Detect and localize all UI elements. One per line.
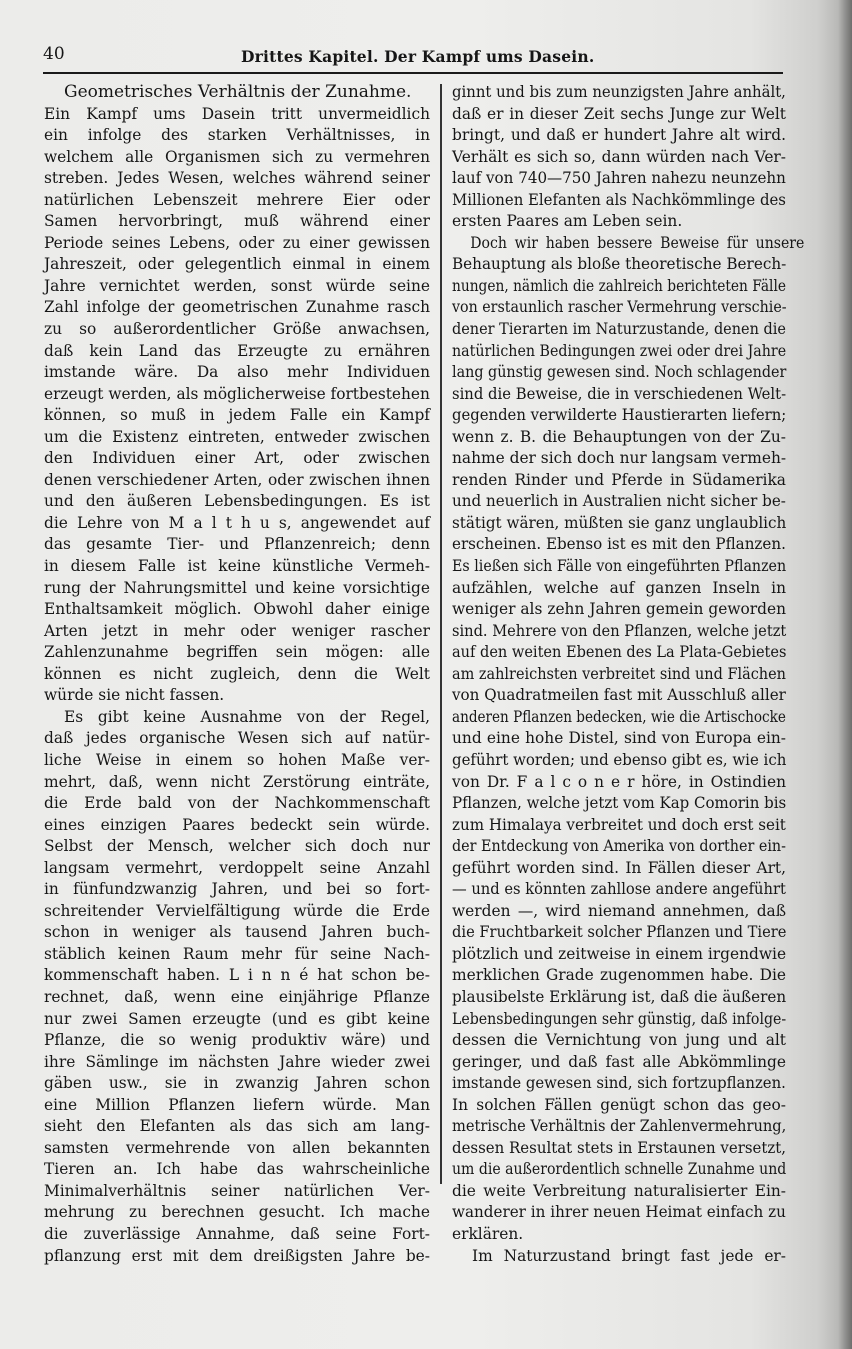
text-line: schon in weniger als tausend Jahren buch… — [44, 922, 430, 944]
text-line: von Quadratmeilen fast mit Ausschluß all… — [452, 685, 786, 707]
text-line: und den äußeren Lebensbedingungen. Es is… — [44, 491, 430, 513]
text-line: schreitender Vervielfältigung würde die … — [44, 901, 430, 923]
text-line: sind die Beweise, die in verschiedenen W… — [452, 384, 786, 406]
text-line: Arten jetzt in mehr oder weniger rascher — [44, 621, 430, 643]
left-column: Geometrisches Verhältnis der Zunahme.Ein… — [44, 82, 430, 1267]
text-line: von Dr. F a l c o n e r höre, in Ostindi… — [452, 772, 786, 794]
text-line: langsam vermehrt, verdoppelt seine Anzah… — [44, 858, 430, 880]
text-line: nungen, nämlich die zahlreich berichtete… — [452, 276, 786, 298]
text-line: und eine hohe Distel, sind von Europa ei… — [452, 728, 786, 750]
text-line: lang günstig gewesen sind. Noch schlagen… — [452, 362, 786, 384]
text-line: pflanzung erst mit dem dreißigsten Jahre… — [44, 1246, 430, 1268]
text-line: metrische Verhältnis der Zahlenvermehrun… — [452, 1116, 786, 1138]
text-line: Tieren an. Ich habe das wahrscheinliche — [44, 1159, 430, 1181]
text-line: ersten Paares am Leben sein. — [452, 211, 786, 233]
text-line: können es nicht zugleich, denn die Welt — [44, 664, 430, 686]
text-line: Es ließen sich Fälle von eingeführten Pf… — [452, 556, 786, 578]
text-line: Doch wir haben bessere Beweise für unser… — [452, 233, 804, 255]
text-line: sind. Mehrere von den Pflanzen, welche j… — [452, 621, 786, 643]
text-line: um die außerordentlich schnelle Zunahme … — [452, 1159, 786, 1181]
text-line: — und es könnten zahllose andere angefüh… — [452, 879, 786, 901]
text-line: ginnt und bis zum neunzigsten Jahre anhä… — [452, 82, 786, 104]
text-line: Zahlenzunahme begriffen sein mögen: alle — [44, 642, 430, 664]
text-line: Lebensbedingungen sehr günstig, daß info… — [452, 1009, 786, 1031]
text-line: auf den weiten Ebenen des La Plata-Gebie… — [452, 642, 786, 664]
text-line: Jahreszeit, oder gelegentlich einmal in … — [44, 254, 430, 276]
text-line: streben. Jedes Wesen, welches während se… — [44, 168, 430, 190]
running-head: Drittes Kapitel. Der Kampf ums Dasein. — [241, 47, 594, 66]
text-line: sieht den Elefanten als das sich am lang… — [44, 1116, 430, 1138]
page-header: 40 Drittes Kapitel. Der Kampf ums Dasein… — [43, 40, 783, 66]
text-line: zu so außerordentlicher Größe anwachsen, — [44, 319, 430, 341]
text-line: ihre Sämlinge im nächsten Jahre wieder z… — [44, 1052, 430, 1074]
text-line: werden —, wird niemand annehmen, daß — [452, 901, 786, 923]
text-line: renden Rinder und Pferde in Südamerika — [452, 470, 786, 492]
text-line: imstande wäre. Da also mehr Individuen — [44, 362, 430, 384]
text-line: Samen hervorbringt, muß während einer — [44, 211, 430, 233]
text-line: plausibelste Erklärung ist, daß die äuße… — [452, 987, 786, 1009]
text-line: welchem alle Organismen sich zu vermehre… — [44, 147, 430, 169]
text-line: erzeugt werden, als möglicherweise fortb… — [44, 384, 430, 406]
text-line: um die Existenz eintreten, entweder zwis… — [44, 427, 430, 449]
text-line: natürlichen Bedingungen zwei oder drei J… — [452, 341, 786, 363]
text-line: die Fruchtbarkeit solcher Pflanzen und T… — [452, 922, 786, 944]
text-line: plötzlich und zeitweise in einem irgendw… — [452, 944, 786, 966]
text-line: geführt worden sind. In Fällen dieser Ar… — [452, 858, 786, 880]
text-line: in fünfundzwanzig Jahren, und bei so for… — [44, 879, 430, 901]
text-line: rechnet, daß, wenn eine einjährige Pflan… — [44, 987, 430, 1009]
text-line: Behauptung als bloße theoretische Berech… — [452, 254, 786, 276]
text-line: nur zwei Samen erzeugte (und es gibt kei… — [44, 1009, 430, 1031]
header-rule — [43, 72, 783, 74]
text-line: mehrung zu berechnen gesucht. Ich mache — [44, 1202, 430, 1224]
text-line: Ein Kampf ums Dasein tritt unvermeidlich — [44, 104, 430, 126]
text-line: wanderer in ihrer neuen Heimat einfach z… — [452, 1202, 786, 1224]
text-line: Pflanze, die so wenig produktiv wäre) un… — [44, 1030, 430, 1052]
text-line: In solchen Fällen genügt schon das geo- — [452, 1095, 786, 1117]
text-line: ein infolge des starken Verhältnisses, i… — [44, 125, 430, 147]
text-line: von erstaunlich rascher Vermehrung versc… — [452, 297, 786, 319]
text-line: zum Himalaya verbreitet und doch erst se… — [452, 815, 786, 837]
text-line: rung der Nahrungsmittel und keine vorsic… — [44, 578, 430, 600]
text-line: stäblich keinen Raum mehr für seine Nach… — [44, 944, 430, 966]
text-line: die Lehre von M a l t h u s, angewendet … — [44, 513, 430, 535]
text-line: dessen Resultat stets in Erstaunen verse… — [452, 1138, 786, 1160]
text-line: mehrt, daß, wenn nicht Zerstörung einträ… — [44, 772, 430, 794]
text-line: lauf von 740—750 Jahren nahezu neunzehn — [452, 168, 786, 190]
text-line: stätigt wären, müßten sie ganz unglaubli… — [452, 513, 786, 535]
text-line: imstande gewesen sind, sich fortzupflanz… — [452, 1073, 786, 1095]
text-line: Zahl infolge der geometrischen Zunahme r… — [44, 297, 430, 319]
text-line: gegenden verwilderte Haustierarten liefe… — [452, 405, 786, 427]
text-line: daß kein Land das Erzeugte zu ernähren — [44, 341, 430, 363]
text-line: weniger als zehn Jahren gemein geworden — [452, 599, 786, 621]
text-line: die Erde bald von der Nachkommenschaft — [44, 793, 430, 815]
text-line: dessen die Vernichtung von jung und alt — [452, 1030, 786, 1052]
text-line: Millionen Elefanten als Nachkömmlinge de… — [452, 190, 786, 212]
page-number: 40 — [43, 44, 65, 64]
text-line: geringer, und daß fast alle Abkömmlinge — [452, 1052, 786, 1074]
text-line: samsten vermehrende von allen bekannten — [44, 1138, 430, 1160]
text-line: Verhält es sich so, dann würden nach Ver… — [452, 147, 786, 169]
text-line: nahme der sich doch nur langsam vermeh- — [452, 448, 786, 470]
text-line: gäben usw., sie in zwanzig Jahren schon — [44, 1073, 430, 1095]
text-line: daß er in dieser Zeit sechs Junge zur We… — [452, 104, 786, 126]
text-line: können, so muß in jedem Falle ein Kampf — [44, 405, 430, 427]
section-heading: Geometrisches Verhältnis der Zunahme. — [44, 82, 430, 104]
page-edge-shadow — [838, 0, 852, 1349]
text-line: eine Million Pflanzen liefern würde. Man — [44, 1095, 430, 1117]
text-line: Selbst der Mensch, welcher sich doch nur — [44, 836, 430, 858]
text-line: denen verschiedener Arten, oder zwischen… — [44, 470, 430, 492]
text-line: wenn z. B. die Behauptungen von der Zu- — [452, 427, 786, 449]
text-line: der Entdeckung von Amerika von dorther e… — [452, 836, 786, 858]
text-line: die zuverlässige Annahme, daß seine Fort… — [44, 1224, 430, 1246]
text-line: merklichen Grade zugenommen habe. Die — [452, 965, 786, 987]
text-line: geführt worden; und ebenso gibt es, wie … — [452, 750, 786, 772]
text-line: erklären. — [452, 1224, 786, 1246]
text-line: das gesamte Tier- und Pflanzenreich; den… — [44, 534, 430, 556]
text-line: daß jedes organische Wesen sich auf natü… — [44, 728, 430, 750]
text-line: Es gibt keine Ausnahme von der Regel, — [44, 707, 430, 729]
text-line: in diesem Falle ist keine künstliche Ver… — [44, 556, 430, 578]
right-column: ginnt und bis zum neunzigsten Jahre anhä… — [452, 82, 786, 1267]
text-line: dener Tierarten im Naturzustande, denen … — [452, 319, 786, 341]
text-line: Jahre vernichtet werden, sonst würde sei… — [44, 276, 430, 298]
text-line: den Individuen einer Art, oder zwischen — [44, 448, 430, 470]
text-line: die weite Verbreitung naturalisierter Ei… — [452, 1181, 786, 1203]
text-line: Pflanzen, welche jetzt vom Kap Comorin b… — [452, 793, 786, 815]
text-line: und neuerlich in Australien nicht sicher… — [452, 491, 786, 513]
text-line: Im Naturzustand bringt fast jede er- — [452, 1246, 786, 1268]
text-line: liche Weise in einem so hohen Maße ver- — [44, 750, 430, 772]
text-line: kommenschaft haben. L i n n é hat schon … — [44, 965, 430, 987]
text-line: natürlichen Lebenszeit mehrere Eier oder — [44, 190, 430, 212]
book-page: 40 Drittes Kapitel. Der Kampf ums Dasein… — [0, 0, 852, 1349]
text-line: Minimalverhältnis seiner natürlichen Ver… — [44, 1181, 430, 1203]
text-line: eines einzigen Paares bedeckt sein würde… — [44, 815, 430, 837]
text-line: würde sie nicht fassen. — [44, 685, 430, 707]
text-line: bringt, und daß er hundert Jahre alt wir… — [452, 125, 786, 147]
column-divider — [440, 84, 442, 1184]
text-line: am zahlreichsten verbreitet sind und Flä… — [452, 664, 786, 686]
text-line: erscheinen. Ebenso ist es mit den Pflanz… — [452, 534, 786, 556]
text-line: aufzählen, welche auf ganzen Inseln in — [452, 578, 786, 600]
text-line: Periode seines Lebens, oder zu einer gew… — [44, 233, 430, 255]
text-line: Enthaltsamkeit möglich. Obwohl daher ein… — [44, 599, 430, 621]
text-line: anderen Pflanzen bedecken, wie die Artis… — [452, 707, 786, 729]
